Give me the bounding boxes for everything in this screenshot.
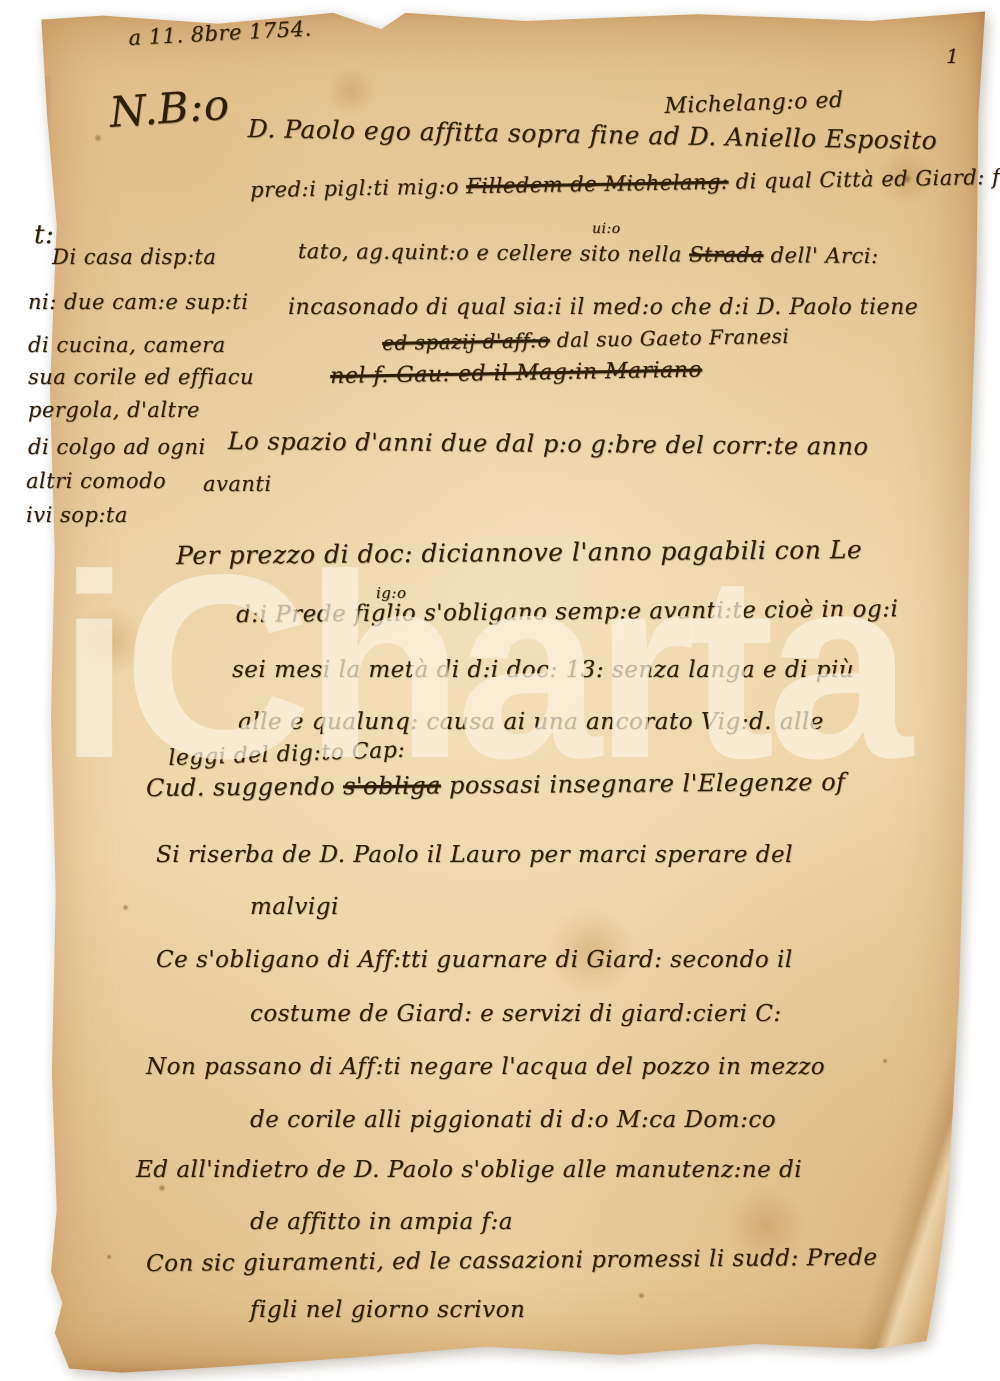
body-line: de corile alli piggionati di d:o M:ca Do…: [250, 1109, 776, 1132]
handwritten-text: di qual Città ed Giard: fruc-: [728, 164, 1000, 194]
handwritten-text: di colgo ad ogni: [28, 435, 206, 459]
margin-note: Di casa disp:ta: [52, 247, 216, 268]
body-line: Con sic giuramenti, ed le cassazioni pro…: [146, 1247, 878, 1276]
interlinear-addition: Michelang:o ed: [664, 90, 844, 118]
handwritten-text: Non passano di Aff:ti negare l'acqua del…: [146, 1054, 825, 1080]
handwritten-text: D. Paolo ego affitta sopra fine ad D. An…: [248, 114, 938, 155]
struck-text: ed spazij d'aff:o: [382, 328, 550, 355]
handwritten-text: Ce s'obligano di Aff:tti guarnare di Gia…: [156, 947, 793, 973]
body-line: Non passano di Aff:ti negare l'acqua del…: [146, 1056, 825, 1079]
margin-note: sua corile ed effiacu: [28, 367, 254, 388]
handwritten-text: avanti: [203, 472, 272, 496]
handwritten-text: tato, ag.quint:o e cellere sito nella: [298, 239, 689, 266]
handwritten-text: Lo spazio d'anni due dal p:o g:bre del c…: [228, 427, 869, 461]
margin-note: di colgo ad ogni: [28, 437, 206, 458]
handwritten-text: N.B:o: [108, 80, 231, 137]
opening-line: D. Paolo ego affitta sopra fine ad D. An…: [248, 116, 938, 153]
watermark-overlay: iCharta: [58, 536, 905, 798]
body-line: malvigi: [250, 896, 339, 919]
handwritten-text: Con sic giuramenti, ed le cassazioni pro…: [146, 1245, 878, 1277]
body-line: Si riserba de D. Paolo il Lauro per marc…: [156, 844, 793, 867]
handwritten-text: pergola, d'altre: [28, 398, 200, 422]
handwritten-text: malvigi: [250, 894, 339, 920]
body-line: incasonado di qual sia:i il med:o che d:…: [288, 297, 918, 319]
handwritten-text: incasonado di qual sia:i il med:o che d:…: [288, 295, 918, 320]
body-line: costume de Giard: e servizi di giard:cie…: [250, 1003, 782, 1026]
body-line: tato, ag.quint:o e cellere sito nella St…: [298, 241, 879, 267]
handwritten-text: di cucina, camera: [28, 333, 226, 357]
handwritten-text: dal suo Gaeto Franesi: [550, 324, 790, 352]
handwritten-text: ni: due cam:e sup:ti: [28, 290, 248, 314]
body-line: de affitto in ampia f:a: [250, 1211, 513, 1234]
handwritten-text: Michelang:o ed: [664, 88, 844, 119]
body-line: Ce s'obligano di Aff:tti guarnare di Gia…: [156, 949, 793, 972]
body-line: Ed all'indietro de D. Paolo s'oblige all…: [136, 1159, 802, 1182]
handwritten-text: de affitto in ampia f:a: [250, 1209, 513, 1235]
handwritten-text: costume de Giard: e servizi di giard:cie…: [250, 1001, 782, 1027]
struck-text: Strada: [689, 242, 764, 267]
margin-note: pergola, d'altre: [28, 400, 200, 421]
struck-line: nel f. Gau: ed il Mag:in Mariano: [330, 360, 702, 388]
handwritten-text: Ed all'indietro de D. Paolo s'oblige all…: [136, 1157, 802, 1183]
margin-note: di cucina, camera: [28, 335, 226, 356]
handwritten-text: figli nel giorno scrivon: [250, 1297, 525, 1323]
body-line: Lo spazio d'anni due dal p:o g:bre del c…: [228, 429, 869, 459]
handwritten-text: de corile alli piggionati di d:o M:ca Do…: [250, 1107, 776, 1133]
handwritten-text: Si riserba de D. Paolo il Lauro per marc…: [156, 842, 793, 868]
handwritten-text: altri comodo: [26, 469, 166, 493]
opening-line-2: pred:i pigl:ti mig:o Filledem de Michela…: [250, 166, 1000, 201]
margin-note: ni: due cam:e sup:ti: [28, 292, 248, 313]
manuscript-scan: a 11. 8bre 1754. 1 Michelang:o edN.B:oD.…: [0, 0, 1000, 1381]
body-line: figli nel giorno scrivon: [250, 1299, 525, 1322]
handwritten-text: ui:o: [592, 221, 621, 237]
margin-note: altri comodo: [26, 471, 166, 492]
handwritten-text: pred:i pigl:ti mig:o: [250, 174, 466, 202]
interlinear-addition: ui:o: [592, 222, 621, 236]
handwritten-text: Di casa disp:ta: [52, 245, 216, 269]
opening-monogram: N.B:o: [108, 84, 231, 134]
margin-note: avanti: [203, 474, 272, 495]
interlinear-addition: ed spazij d'aff:o dal suo Gaeto Franesi: [382, 326, 789, 353]
struck-text: Filledem de Michelang:: [466, 170, 729, 199]
page-number: 1: [946, 46, 959, 66]
date-annotation: a 11. 8bre 1754.: [128, 18, 312, 49]
struck-text: nel f. Gau: ed il Mag:in Mariano: [330, 358, 702, 389]
handwritten-text: dell' Arci:: [763, 243, 878, 268]
handwritten-text: sua corile ed effiacu: [28, 365, 254, 389]
